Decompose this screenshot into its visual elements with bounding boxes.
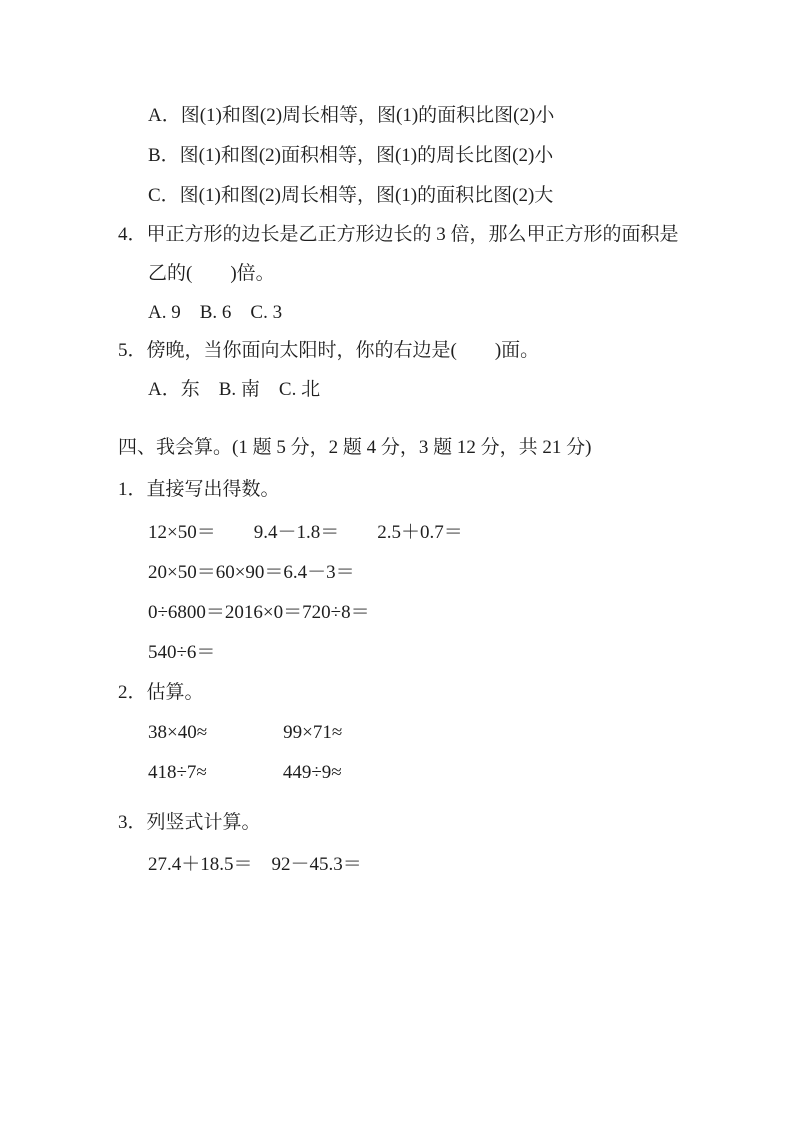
q3-option-c: C．图(1)和图(2)周长相等，图(1)的面积比图(2)大 xyxy=(148,185,553,208)
q3-option-a: A．图(1)和图(2)周长相等，图(1)的面积比图(2)小 xyxy=(148,105,554,128)
calc-q1-row-4: 540÷6＝ xyxy=(148,642,215,665)
q4-options: A. 9 B. 6 C. 3 xyxy=(148,302,282,325)
q4-stem: 4．甲正方形的边长是乙正方形边长的 3 倍，那么甲正方形的面积是 xyxy=(118,224,679,247)
q5-stem: 5．傍晚，当你面向太阳时，你的右边是( )面。 xyxy=(118,340,539,363)
estimate-q2-row-2: 418÷7≈ 449÷9≈ xyxy=(148,762,342,785)
q5-options: A．东 B. 南 C. 北 xyxy=(148,379,320,402)
exam-document-page: A．图(1)和图(2)周长相等，图(1)的面积比图(2)小 B．图(1)和图(2… xyxy=(0,0,793,1122)
calc-q1-row-3: 0÷6800＝2016×0＝720÷8＝ xyxy=(148,602,370,625)
calc-q1-row-2: 20×50＝60×90＝6.4－3＝ xyxy=(148,562,355,585)
vertical-calc-q3-row-1: 27.4＋18.5＝ 92－45.3＝ xyxy=(148,854,362,877)
q3-option-b: B．图(1)和图(2)面积相等，图(1)的周长比图(2)小 xyxy=(148,145,553,168)
estimate-q2-title: 2．估算。 xyxy=(118,682,204,705)
calc-q1-row-1: 12×50＝ 9.4－1.8＝ 2.5＋0.7＝ xyxy=(148,522,463,545)
calc-q1-title: 1．直接写出得数。 xyxy=(118,479,280,502)
section-four-heading: 四、我会算。(1 题 5 分，2 题 4 分，3 题 12 分，共 21 分) xyxy=(118,437,591,460)
estimate-q2-row-1: 38×40≈ 99×71≈ xyxy=(148,722,342,745)
vertical-calc-q3-title: 3．列竖式计算。 xyxy=(118,812,261,835)
q4-stem-continuation: 乙的( )倍。 xyxy=(148,263,275,286)
